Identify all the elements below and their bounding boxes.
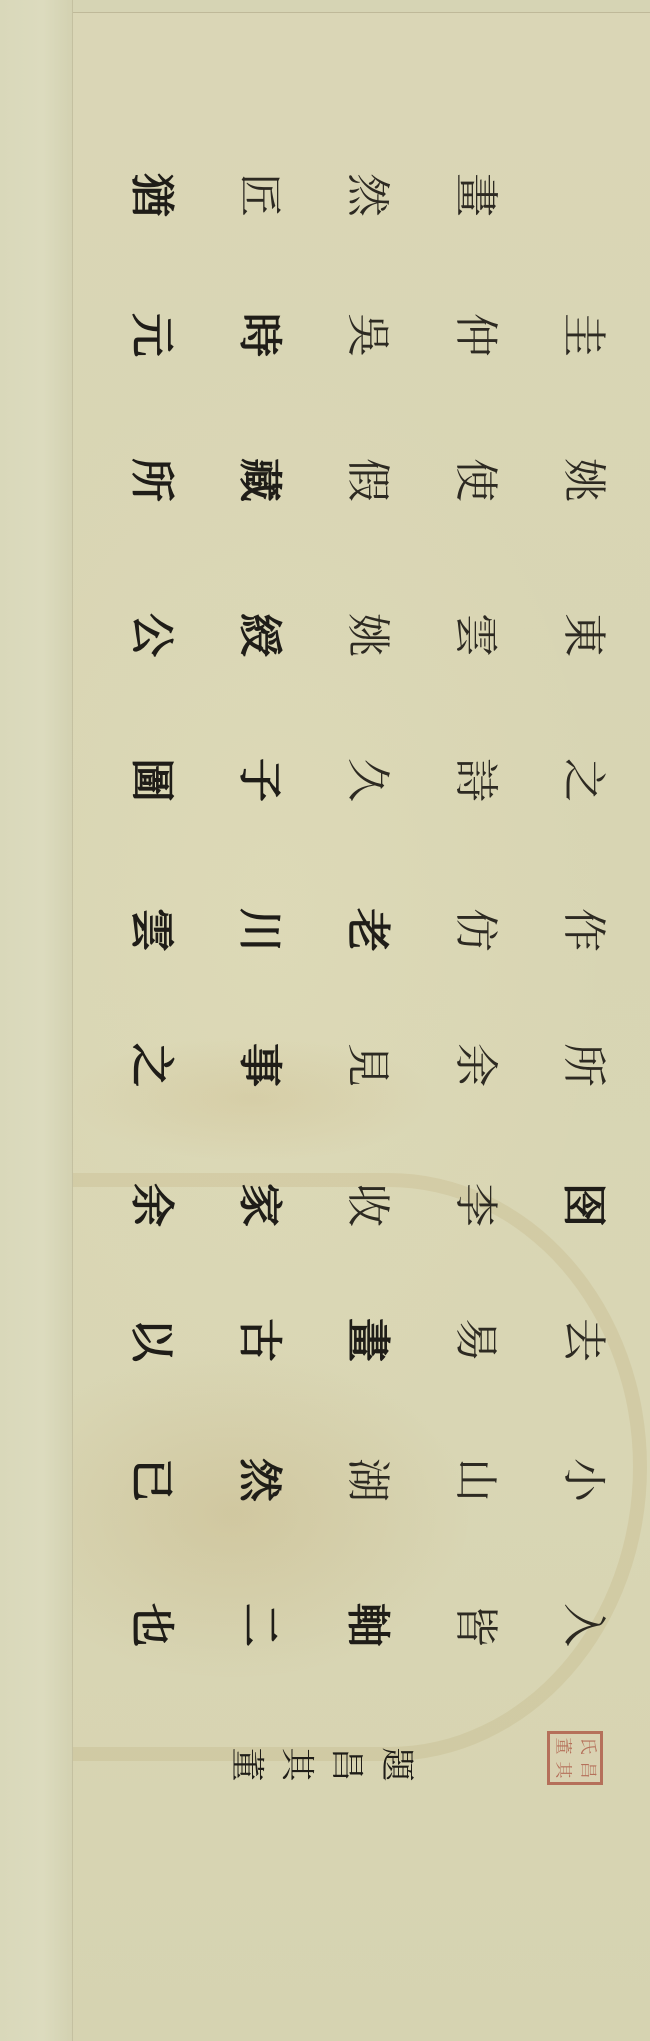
calligraphy-column-1: 猶 匠 然 畫 — [120, 160, 552, 230]
character: 余 — [440, 1034, 510, 1096]
seal-character: 昌 — [576, 1758, 600, 1783]
seal-character: 其 — [551, 1758, 575, 1783]
character: 二 — [224, 1594, 294, 1656]
character: 之 — [116, 1034, 186, 1096]
red-seal-stamp: 董 氏 其 昌 — [547, 1731, 603, 1785]
character: 收 — [332, 1174, 402, 1236]
calligraphy-column-6: 雲 川 老 仿 作 — [120, 895, 650, 965]
character: 家 — [224, 1174, 294, 1236]
character: 詩 — [440, 749, 510, 811]
calligraphy-column-9: 以 古 畫 易 去 即 — [120, 1305, 650, 1375]
character: 假 — [332, 449, 402, 511]
character: 畫 — [440, 164, 510, 226]
scroll-mount-border — [0, 0, 73, 2041]
character: 所 — [116, 449, 186, 511]
character: 余 — [116, 1174, 186, 1236]
seal-character: 氏 — [576, 1734, 600, 1759]
character: 作 — [548, 899, 618, 961]
character: 姚 — [548, 449, 618, 511]
character: 時 — [224, 304, 294, 366]
artist-signature: 董 其 昌 題 — [230, 1740, 430, 1789]
signature-character: 董 — [226, 1745, 275, 1785]
character: 去 — [548, 1309, 618, 1371]
character: 綬 — [224, 604, 294, 666]
character: 古 — [224, 1309, 294, 1371]
character: 雲 — [116, 899, 186, 961]
character: 之 — [548, 749, 618, 811]
character: 湖 — [332, 1449, 402, 1511]
character: 子 — [224, 749, 294, 811]
character: 囹 — [548, 1174, 618, 1236]
character: 川 — [224, 899, 294, 961]
character: 圖 — [116, 749, 186, 811]
character: 雲 — [440, 604, 510, 666]
character: 圭 — [548, 304, 618, 366]
character: 老 — [332, 899, 402, 961]
calligraphy-column-7: 之 事 見 余 所 藏 — [120, 1030, 650, 1100]
character: 匠 — [224, 164, 294, 226]
character: 皆 — [440, 1594, 510, 1656]
character: 仲 — [440, 304, 510, 366]
character: 畫 — [332, 1309, 402, 1371]
character: 軸 — [332, 1594, 402, 1656]
character: 久 — [332, 749, 402, 811]
calligraphy-column-10: 已 然 湖 山 小 景 — [120, 1445, 650, 1515]
signature-character: 其 — [276, 1745, 325, 1785]
character: 入 — [548, 1594, 618, 1656]
character: 公 — [116, 604, 186, 666]
character: 所 — [548, 1034, 618, 1096]
calligraphy-column-2: 元 時 吳 仲 圭 — [120, 300, 650, 370]
character: 李 — [440, 1174, 510, 1236]
calligraphy-column-8: 余 家 收 李 囹 — [120, 1170, 650, 1240]
character: 事 — [224, 1034, 294, 1096]
character: 使 — [440, 449, 510, 511]
character: 東 — [548, 604, 618, 666]
character: 藏 — [224, 449, 294, 511]
character: 山 — [440, 1449, 510, 1511]
character: 仿 — [440, 899, 510, 961]
signature-character: 題 — [376, 1745, 425, 1785]
character: 小 — [548, 1449, 618, 1511]
character: 見 — [332, 1034, 402, 1096]
character: 易 — [440, 1309, 510, 1371]
character: 吳 — [332, 304, 402, 366]
calligraphy-column-3: 所 藏 假 使 姚 — [120, 445, 650, 515]
seal-character: 董 — [551, 1734, 575, 1759]
character: 然 — [332, 164, 402, 226]
character: 元 — [116, 304, 186, 366]
calligraphy-column-11: 也 二 軸 皆 入 神 — [120, 1590, 650, 1660]
signature-character: 昌 — [326, 1745, 375, 1785]
character: 以 — [116, 1309, 186, 1371]
character: 也 — [116, 1594, 186, 1656]
character: 已 — [116, 1449, 186, 1511]
character: 然 — [224, 1449, 294, 1511]
character: 姚 — [332, 604, 402, 666]
calligraphy-column-5: 圖 子 久 詩 之 — [120, 745, 650, 815]
calligraphy-column-4: 公 綬 姚 雲 東 此 — [120, 600, 650, 670]
character: 猶 — [116, 164, 186, 226]
